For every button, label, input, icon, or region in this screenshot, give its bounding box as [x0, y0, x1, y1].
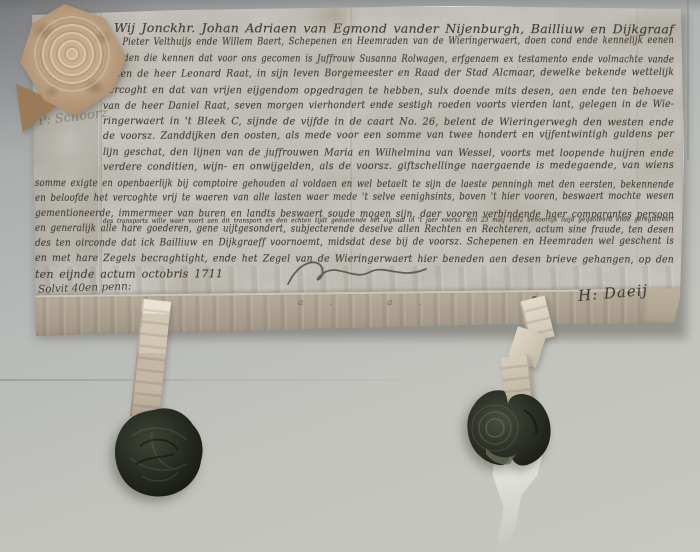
manuscript-line: van de heer Daniel Raat, seven morgen vi…	[103, 99, 674, 112]
photo-edge-line	[687, 0, 689, 160]
manuscript-line: de voorsz. Zanddijken den oosten, als me…	[103, 129, 674, 142]
table-edge-line	[0, 379, 460, 381]
manuscript-line: Wij Jonckhr. Johan Adriaen van Egmond va…	[114, 20, 674, 36]
manuscript-line: somme exigte en openbaerlijk bij comptoi…	[35, 178, 674, 191]
tax-note: Solvit 40en penn:	[38, 280, 132, 295]
manuscript-line: wijlen de heer Leonard Raat, in sijn lev…	[103, 67, 674, 80]
manuscript-line: vercoght en dat van vrijen eijgendom opg…	[103, 85, 674, 97]
manuscript-line: Mr. Pieter Velthuijs ende Willem Baert, …	[103, 35, 674, 48]
plica-ink-marks: a. a.	[298, 298, 447, 308]
manuscript-line: ten eijnde actum octobris 1711	[35, 267, 223, 281]
notary-flourish	[282, 256, 432, 296]
manuscript-line: en generalijk alle hare goederen, gene u…	[35, 223, 674, 236]
manuscript-line: ringerwaert in 't Bleek C, sijnde de vij…	[103, 116, 674, 128]
manuscript-line: en beloofde het vercoghte vrij te waeren…	[35, 191, 674, 204]
manuscript-line: lijn geschat, den lijnen van de juffrouw…	[103, 147, 674, 159]
revenue-stamp	[14, 2, 134, 132]
manuscript-line: een den die kennen dat voor ons gecomen …	[103, 53, 674, 65]
wax-seal-left	[112, 406, 208, 502]
embossed-seal-rings	[34, 16, 110, 92]
manuscript-line: des ten oirconde dat ick Bailliuw en Dij…	[35, 236, 674, 249]
manuscript-line: verdere conditien, wijn- en onwijgelden,…	[103, 160, 674, 173]
wax-seal-right	[464, 386, 558, 478]
photograph: Wij Jonckhr. Johan Adriaen van Egmond va…	[0, 0, 700, 552]
